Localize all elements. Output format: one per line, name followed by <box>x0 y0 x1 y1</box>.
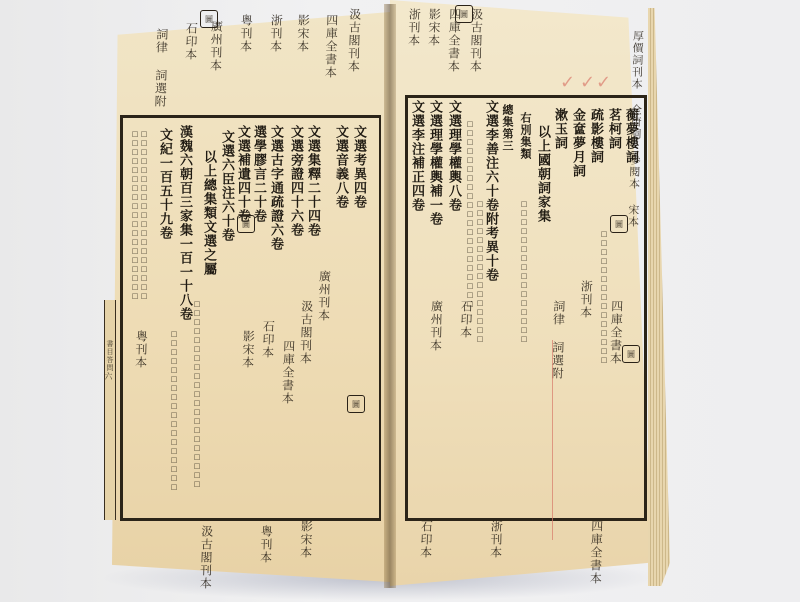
seal-mark: 圖 <box>455 5 473 23</box>
print-column: 金奩夢月詞 <box>571 108 584 178</box>
handwritten-note: 石印本 <box>184 22 197 61</box>
handwritten-note: 石印本 <box>459 300 472 339</box>
handwritten-note: 四庫全書本 <box>589 520 603 585</box>
handwritten-note: 廣州刊本 <box>429 300 442 352</box>
print-column: 右別集類 <box>520 112 531 160</box>
print-column: 文選補遺四十卷 <box>236 125 249 223</box>
red-checkmark: ✓ <box>596 72 611 93</box>
red-checkmark: ✓ <box>580 72 595 93</box>
print-column: 總集第三 <box>502 104 513 152</box>
handwritten-note: 廣州刊本 <box>317 270 330 322</box>
handwritten-note: 四庫全書本 <box>281 340 295 405</box>
print-column: 選學膠言二十卷 <box>252 125 265 223</box>
handwritten-note: 汲古閣刊本 <box>299 300 313 365</box>
handwritten-note: 浙刊本 <box>407 8 420 47</box>
handwritten-note: 四庫全書本 <box>609 300 623 365</box>
handwritten-note: 浙刊本 <box>579 280 592 319</box>
margin-marker: 六 <box>104 372 112 381</box>
seal-mark: 圖 <box>200 10 218 28</box>
print-column: 文選音義八卷 <box>334 125 347 209</box>
handwritten-note: 浙刊本 <box>269 14 282 53</box>
handwritten-note: 影宋本 <box>427 8 440 47</box>
print-column: 文選旁證四十六卷 <box>289 125 302 237</box>
handwritten-note: 影宋本 <box>299 520 312 559</box>
spine-margin-tab: 書目答問 <box>104 300 116 520</box>
handwritten-note: 浙刊本 <box>489 520 502 559</box>
seal-mark: 圖 <box>347 395 365 413</box>
handwritten-note: 汲古閣刊本 <box>199 525 213 590</box>
handwritten-note: 影宋本 <box>241 330 254 369</box>
book-gutter <box>384 4 396 588</box>
seal-mark: 圖 <box>610 215 628 233</box>
print-column: 茗柯詞 <box>607 108 620 150</box>
print-column: 文選理學權輿八卷 <box>447 100 460 212</box>
handwritten-note: 四庫全書本 <box>324 14 338 79</box>
handwritten-note: 詞律 詞選附 <box>154 28 168 108</box>
page-edge-stack <box>648 8 670 586</box>
handwritten-note: 粵刊本 <box>239 14 252 53</box>
print-column: 以上國朝詞家集 <box>536 125 549 223</box>
handwritten-note: 石印本 <box>261 320 274 359</box>
seal-mark: 圖 <box>237 215 255 233</box>
print-column: 漢魏六朝百三家集一百一十八卷 <box>178 125 191 321</box>
seal-mark: 圖 <box>622 345 640 363</box>
print-column: 文選古字通疏證六卷 <box>269 125 282 251</box>
print-column: 文選理學權輿補一卷 <box>428 100 441 226</box>
print-column: 文選六臣注六十卷 <box>220 130 233 242</box>
red-checkmark: ✓ <box>560 72 575 93</box>
print-column: 文選考異四卷 <box>352 125 365 209</box>
handwritten-note: 石印本 <box>419 520 432 559</box>
handwritten-note: 粵刊本 <box>134 330 147 369</box>
spine-label: 書目答問 <box>106 340 113 372</box>
handwritten-note: 粵刊本 <box>259 525 272 564</box>
red-line <box>552 340 553 540</box>
handwritten-note: 影宋本 <box>296 14 309 53</box>
handwritten-note: 詞律 詞選附 <box>551 300 565 380</box>
print-column: 文紀一百五十九卷 <box>158 128 171 240</box>
print-column: 文選李善注六十卷附考異十卷 <box>484 100 497 282</box>
handwritten-note: 汲古閣刊本 <box>347 8 361 73</box>
print-column: 疏影樓詞 <box>589 108 602 164</box>
print-column: 文選李注補正四卷 <box>410 100 423 212</box>
print-column: 文選集釋二十四卷 <box>306 125 319 237</box>
print-column: 漱玉詞 <box>553 108 566 150</box>
print-column: 以上總集類文選之屬 <box>202 150 215 276</box>
